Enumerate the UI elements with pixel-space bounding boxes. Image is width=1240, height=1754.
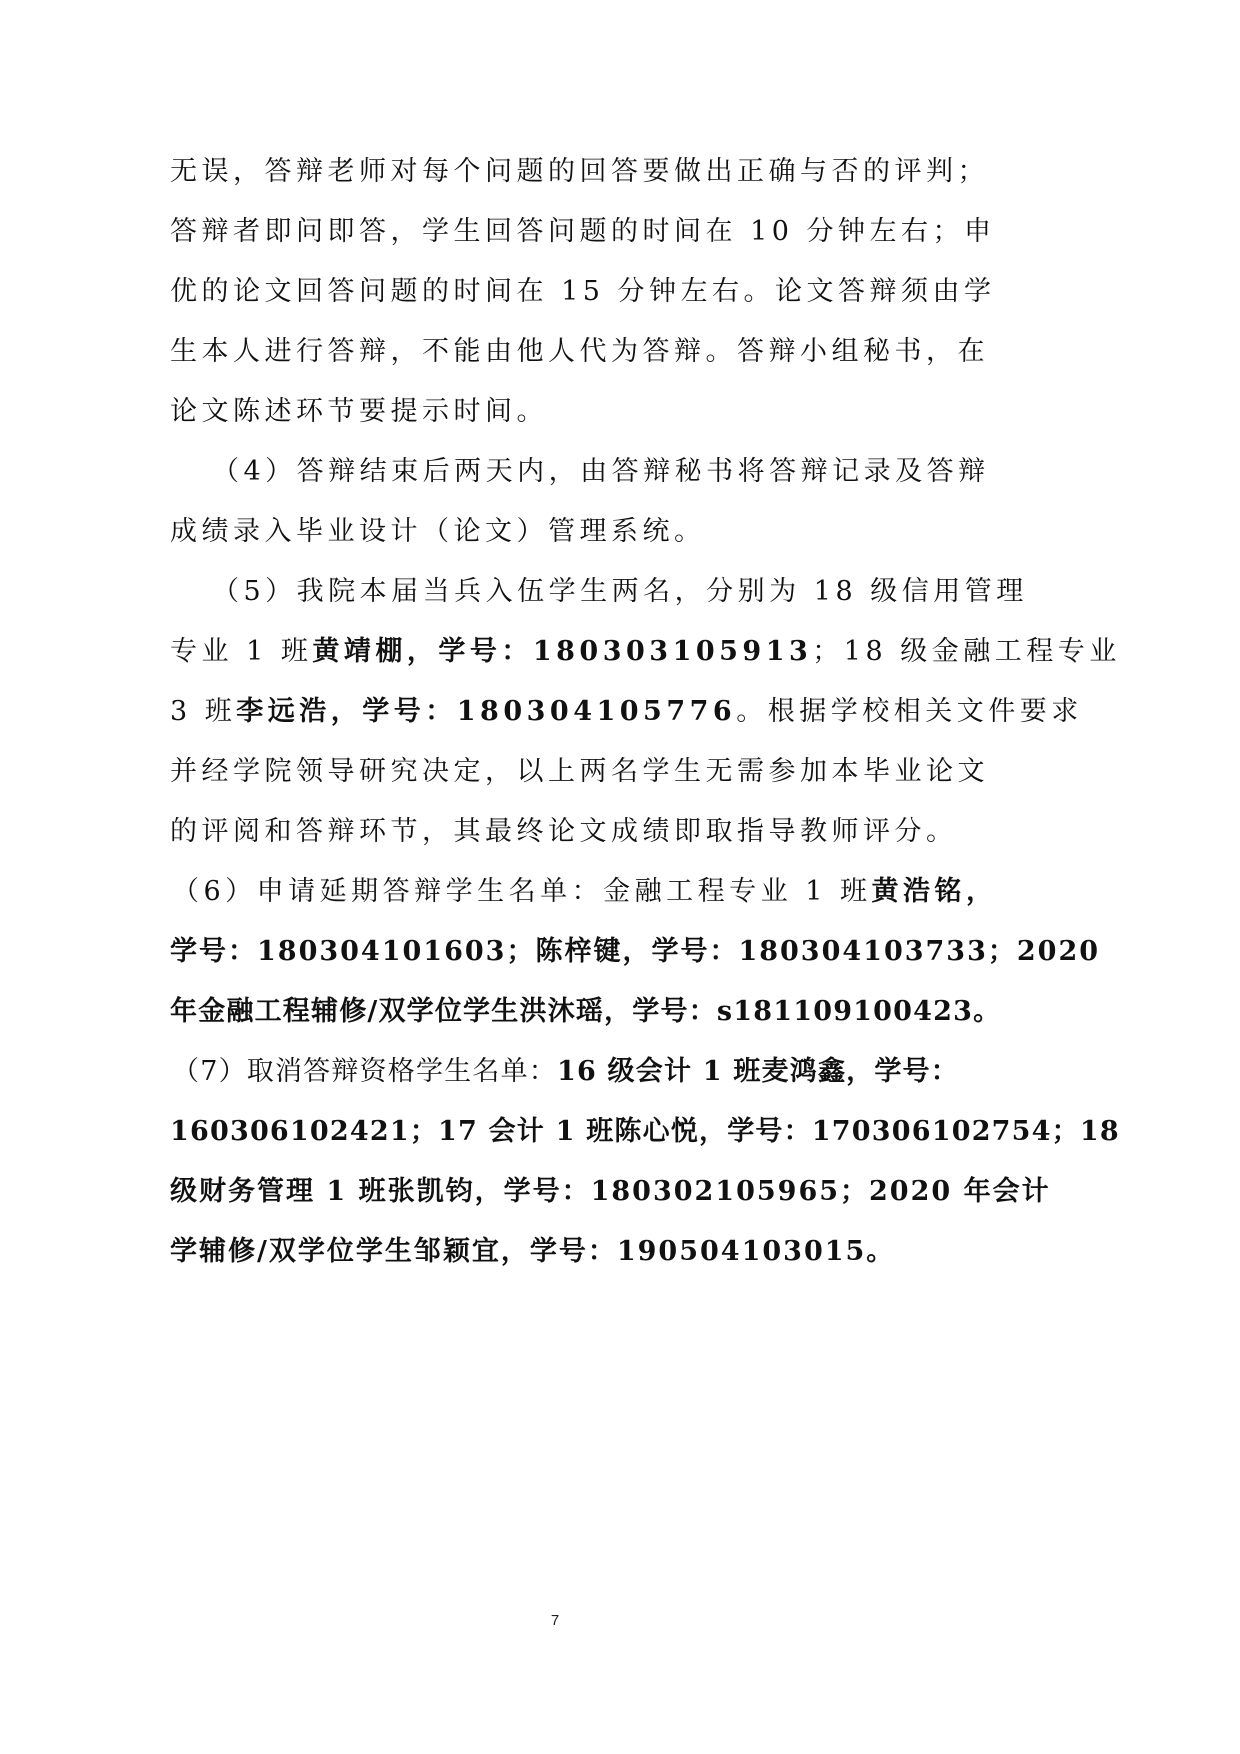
paragraph-item-5: （5）我院本届当兵入伍学生两名，分别为 18 级信用管理 [212,572,940,612]
text-run: 级财务管理 1 班张凯钧，学号：180302105965；2020 年会计 [170,1176,1051,1207]
paragraph-line: 成绩录入毕业设计（论文）管理系统。 [170,512,940,552]
student-name-id-bold: 黄靖棚，学号：180303105913 [312,636,812,667]
document-page: 无误，答辩老师对每个问题的回答要做出正确与否的评判； 答辩者即问即答，学生回答问… [0,0,1240,1754]
paragraph-line: 的评阅和答辩环节，其最终论文成绩即取指导教师评分。 [170,812,940,852]
paragraph-line: 并经学院领导研究决定，以上两名学生无需参加本毕业论文 [170,752,940,792]
text-run: 无误，答辩老师对每个问题的回答要做出正确与否的评判； [170,156,989,187]
text-run: （4）答辩结束后两天内，由答辩秘书将答辩记录及答辩 [212,456,990,487]
text-run: 的评阅和答辩环节，其最终论文成绩即取指导教师评分。 [170,816,958,847]
text-run: （5）我院本届当兵入伍学生两名，分别为 18 级信用管理 [212,576,1028,607]
text-run: 160306102421；17 会计 1 班陈心悦，学号：17030610275… [170,1116,1120,1147]
text-run: 论文陈述环节要提示时间。 [170,396,548,427]
text-run: ；18 级金融工程专业 [812,636,1120,667]
text-run: 并经学院领导研究决定，以上两名学生无需参加本毕业论文 [170,756,989,787]
paragraph-line: 答辩者即问即答，学生回答问题的时间在 10 分钟左右；申 [170,212,940,252]
text-run: 生本人进行答辩，不能由他人代为答辩。答辩小组秘书，在 [170,336,989,367]
paragraph-line-bold: 级财务管理 1 班张凯钧，学号：180302105965；2020 年会计 [170,1172,940,1212]
paragraph-line-bold: 学辅修/双学位学生邹颖宜，学号：190504103015。 [170,1232,940,1272]
text-run: 学辅修/双学位学生邹颖宜，学号：190504103015。 [170,1236,895,1267]
paragraph-line-bold: 年金融工程辅修/双学位学生洪沐瑶，学号：s181109100423。 [170,992,940,1032]
text-run: （7）取消答辩资格学生名单： [172,1056,557,1087]
paragraph-line: 3 班李远浩，学号：180304105776。根据学校相关文件要求 [170,692,940,732]
text-run: 。根据学校相关文件要求 [736,696,1083,727]
paragraph-item-6: （6）申请延期答辩学生名单：金融工程专业 1 班黄浩铭， [172,872,940,912]
page-number: 7 [0,1612,1110,1629]
paragraph-line: 专业 1 班黄靖棚，学号：180303105913；18 级金融工程专业 [170,632,940,672]
text-run: 优的论文回答问题的时间在 15 分钟左右。论文答辩须由学 [170,276,996,307]
student-name-bold: 黄浩铭， [872,876,998,907]
text-run: 答辩者即问即答，学生回答问题的时间在 10 分钟左右；申 [170,216,996,247]
text-run: 成绩录入毕业设计（论文）管理系统。 [170,516,706,547]
paragraph-item-4: （4）答辩结束后两天内，由答辩秘书将答辩记录及答辩 [212,452,940,492]
text-run: 学号：180304101603；陈梓键，学号：180304103733；2020 [170,936,1100,967]
text-run: 3 班 [170,696,236,727]
text-run: （6）申请延期答辩学生名单：金融工程专业 1 班 [172,876,872,907]
paragraph-line-bold: 160306102421；17 会计 1 班陈心悦，学号：17030610275… [170,1112,940,1152]
paragraph-item-7: （7）取消答辩资格学生名单：16 级会计 1 班麦鸿鑫，学号： [172,1052,940,1092]
paragraph-line: 生本人进行答辩，不能由他人代为答辩。答辩小组秘书，在 [170,332,940,372]
text-run: 年金融工程辅修/双学位学生洪沐瑶，学号：s181109100423。 [170,996,1001,1027]
student-name-id-bold: 李远浩，学号：180304105776 [236,696,736,727]
text-run: 专业 1 班 [170,636,312,667]
paragraph-line: 无误，答辩老师对每个问题的回答要做出正确与否的评判； [170,152,940,192]
paragraph-line: 优的论文回答问题的时间在 15 分钟左右。论文答辩须由学 [170,272,940,312]
student-name-bold: 16 级会计 1 班麦鸿鑫，学号： [557,1056,959,1087]
paragraph-line-bold: 学号：180304101603；陈梓键，学号：180304103733；2020 [170,932,940,972]
paragraph-line: 论文陈述环节要提示时间。 [170,392,940,432]
